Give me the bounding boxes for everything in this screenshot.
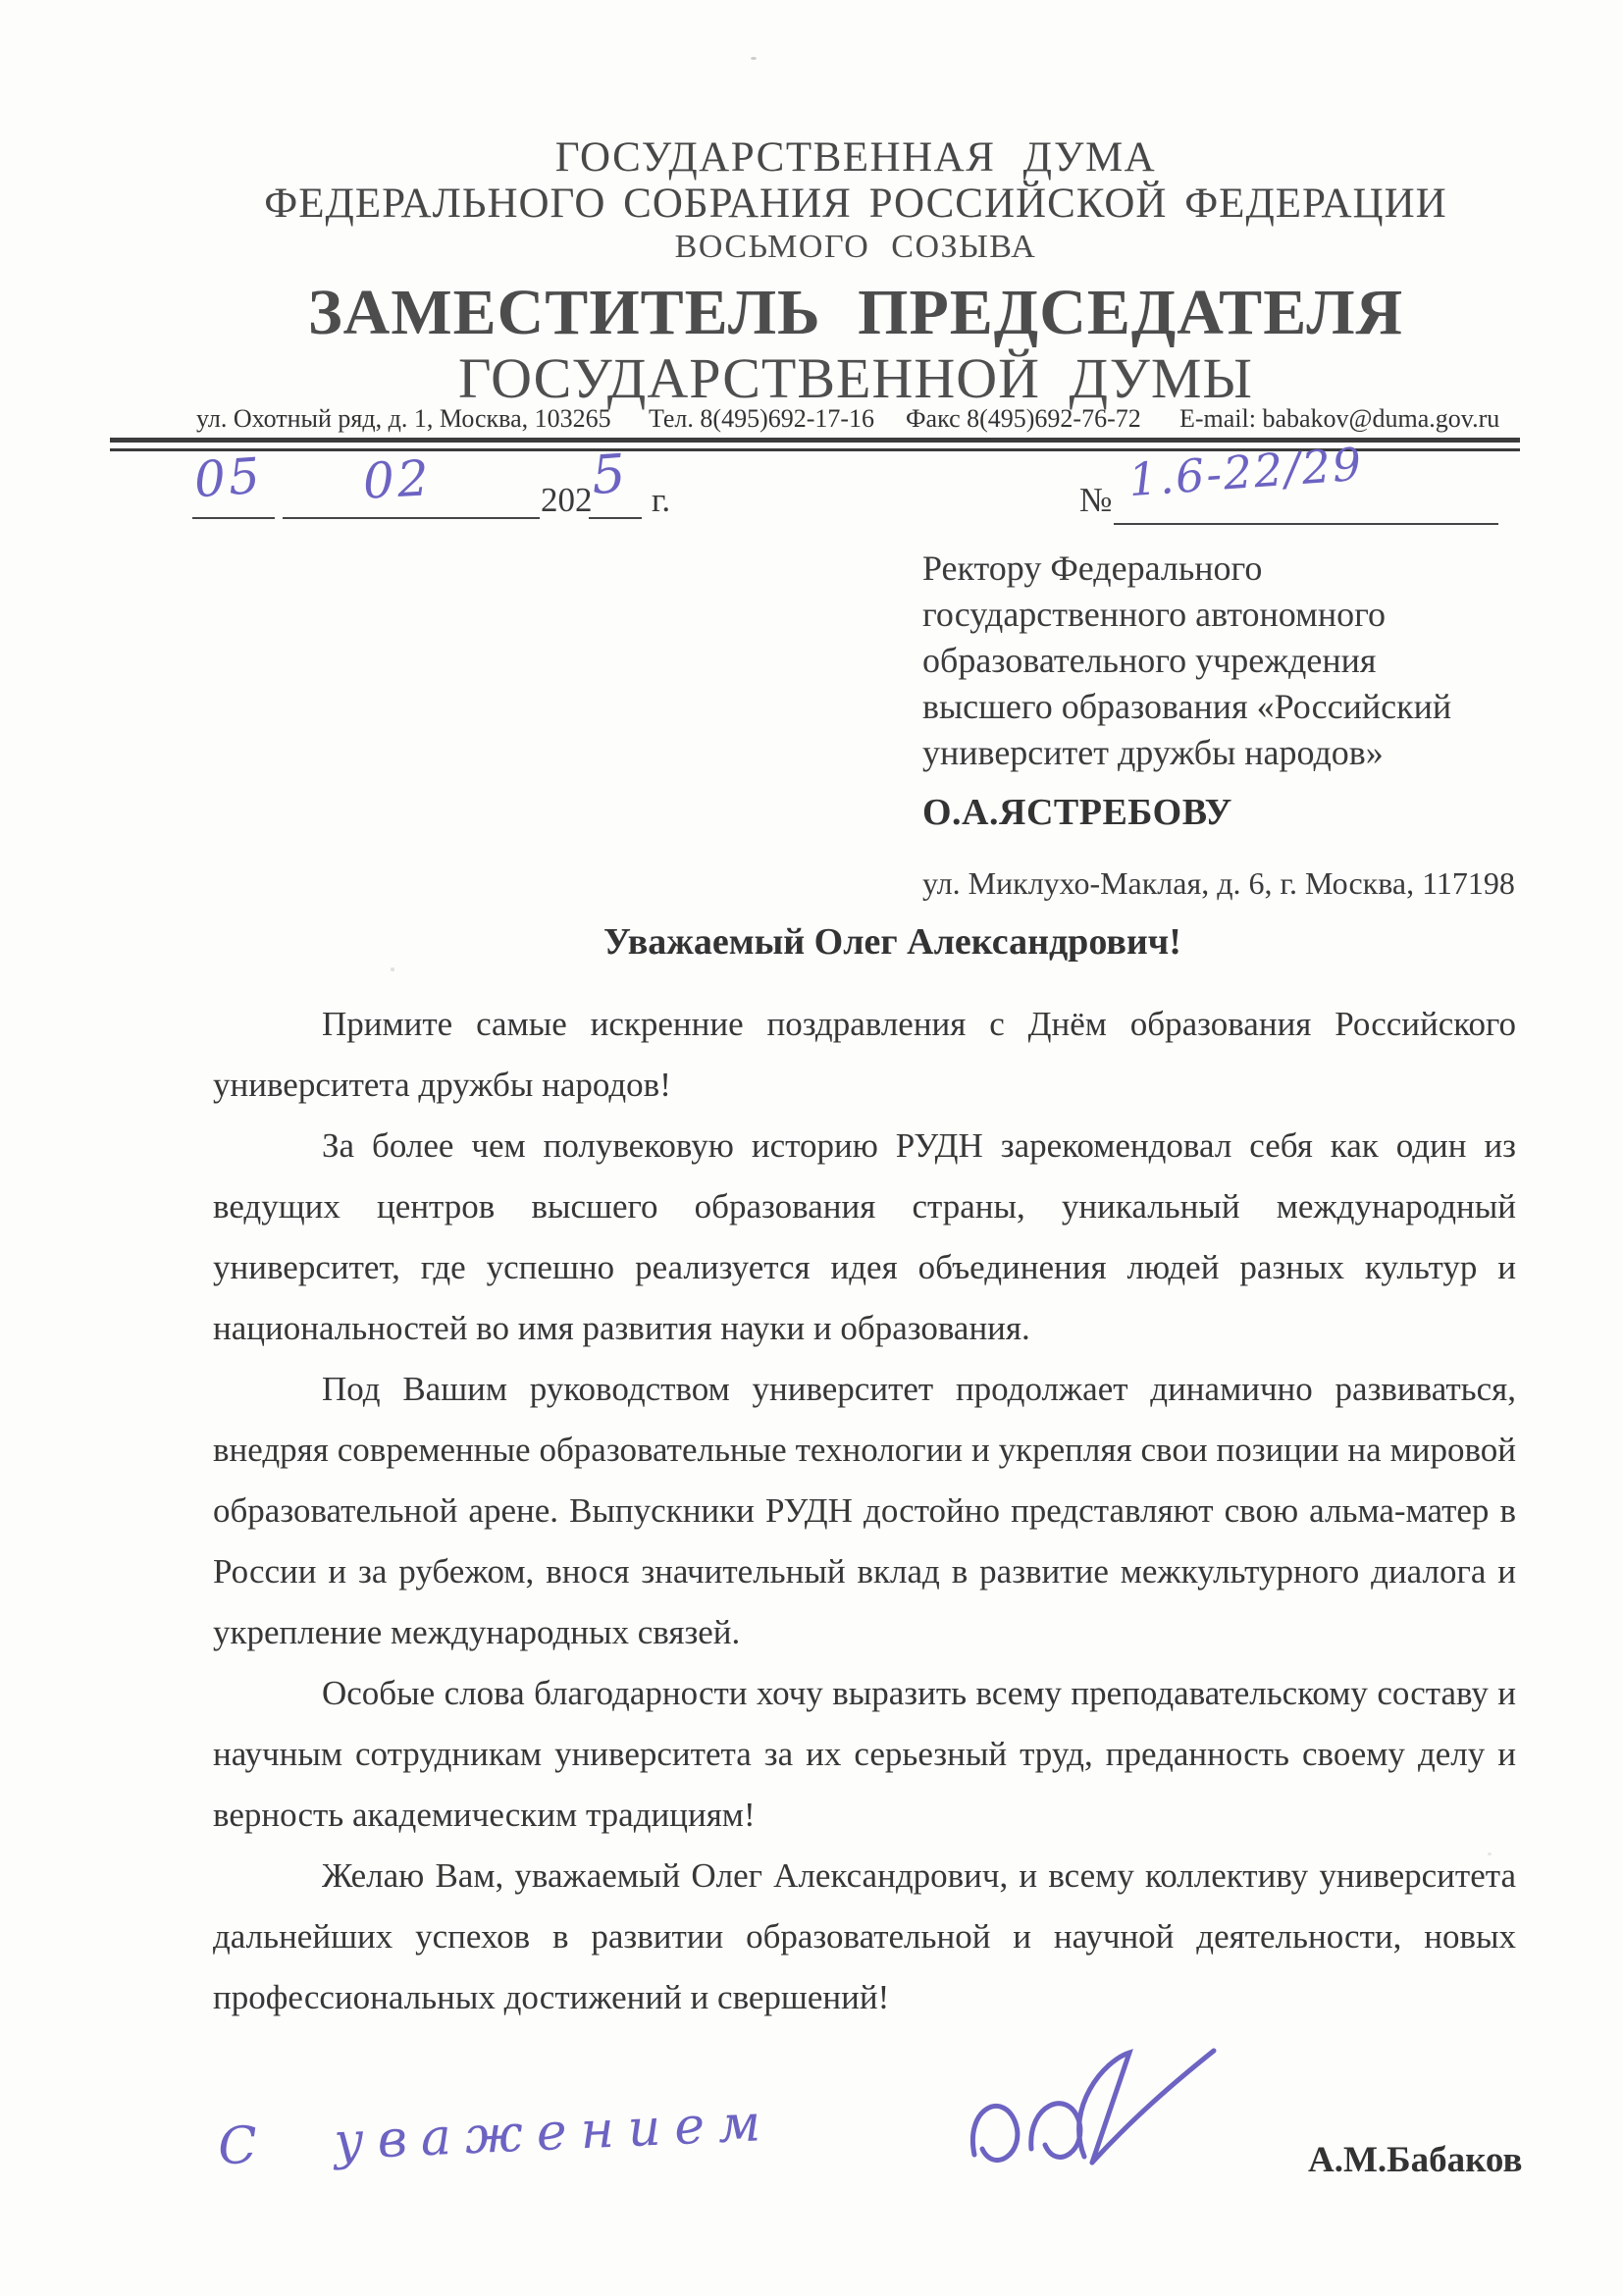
handwritten-month: 02 [362, 449, 434, 510]
body-paragraph: За более чем полувековую историю РУДН за… [213, 1116, 1516, 1359]
scanned-letter-page: ГОСУДАРСТВЕННАЯ ДУМА ФЕДЕРАЛЬНОГО СОБРАН… [0, 0, 1623, 2296]
scan-speck [751, 57, 757, 60]
handwritten-closing: С уважением [217, 2094, 775, 2177]
letterhead-position-title-line2: ГОСУДАРСТВЕННОЙ ДУМЫ [44, 345, 1623, 411]
salutation: Уважаемый Олег Александрович! [603, 920, 1181, 964]
handwritten-year-digit: 5 [590, 443, 628, 506]
body-paragraph: Примите самые искренние поздравления с Д… [213, 994, 1516, 1116]
body-paragraph: Особые слова благодарности хочу выразить… [213, 1663, 1516, 1846]
handwritten-day: 05 [192, 447, 265, 509]
recipient-name: О.А.ЯСТРЕБОВУ [922, 791, 1232, 834]
recipient-line: университет дружбы народов» [922, 730, 1451, 776]
letterhead-phone: Тел. 8(495)692-17-16 [649, 404, 874, 434]
letterhead-org-line3: ВОСЬМОГО СОЗЫВА [44, 229, 1623, 266]
letterhead-position-title-line1: ЗАМЕСТИТЕЛЬ ПРЕДСЕДАТЕЛЯ [44, 276, 1623, 350]
letterhead-postal-address: ул. Охотный ряд, д. 1, Москва, 103265 [196, 404, 611, 434]
letterhead-fax: Факс 8(495)692-76-72 [906, 404, 1141, 434]
printed-year-suffix: г. [652, 481, 670, 520]
printed-year-prefix: 202 [541, 481, 593, 520]
date-underline-year [589, 517, 642, 519]
recipient-line: Ректору Федерального [922, 546, 1451, 592]
date-underline-day [192, 517, 275, 519]
recipient-block: Ректору Федерального государственного ав… [922, 546, 1451, 776]
letterhead-org-line1: ГОСУДАРСТВЕННАЯ ДУМА [44, 133, 1623, 182]
recipient-address: ул. Миклухо-Маклая, д. 6, г. Москва, 117… [922, 865, 1515, 902]
signature-flourish [947, 2039, 1251, 2206]
signer-name: А.М.Бабаков [1308, 2139, 1523, 2181]
letterhead-email: E-mail: babakov@duma.gov.ru [1179, 404, 1499, 434]
recipient-line: образовательного учреждения [922, 638, 1451, 684]
body-paragraph: Под Вашим руководством университет продо… [213, 1359, 1516, 1663]
letterhead-org-line2: ФЕДЕРАЛЬНОГО СОБРАНИЯ РОССИЙСКОЙ ФЕДЕРАЦ… [44, 180, 1623, 228]
number-underline [1114, 523, 1498, 525]
scan-speck [391, 967, 394, 971]
number-sign: № [1079, 481, 1112, 520]
body-paragraph: Желаю Вам, уважаемый Олег Александрович,… [213, 1846, 1516, 2028]
recipient-line: высшего образования «Российский [922, 684, 1451, 730]
scan-speck [1488, 1852, 1492, 1855]
date-underline-month [283, 517, 540, 519]
recipient-line: государственного автономного [922, 592, 1451, 638]
letter-body: Примите самые искренние поздравления с Д… [213, 994, 1516, 2028]
